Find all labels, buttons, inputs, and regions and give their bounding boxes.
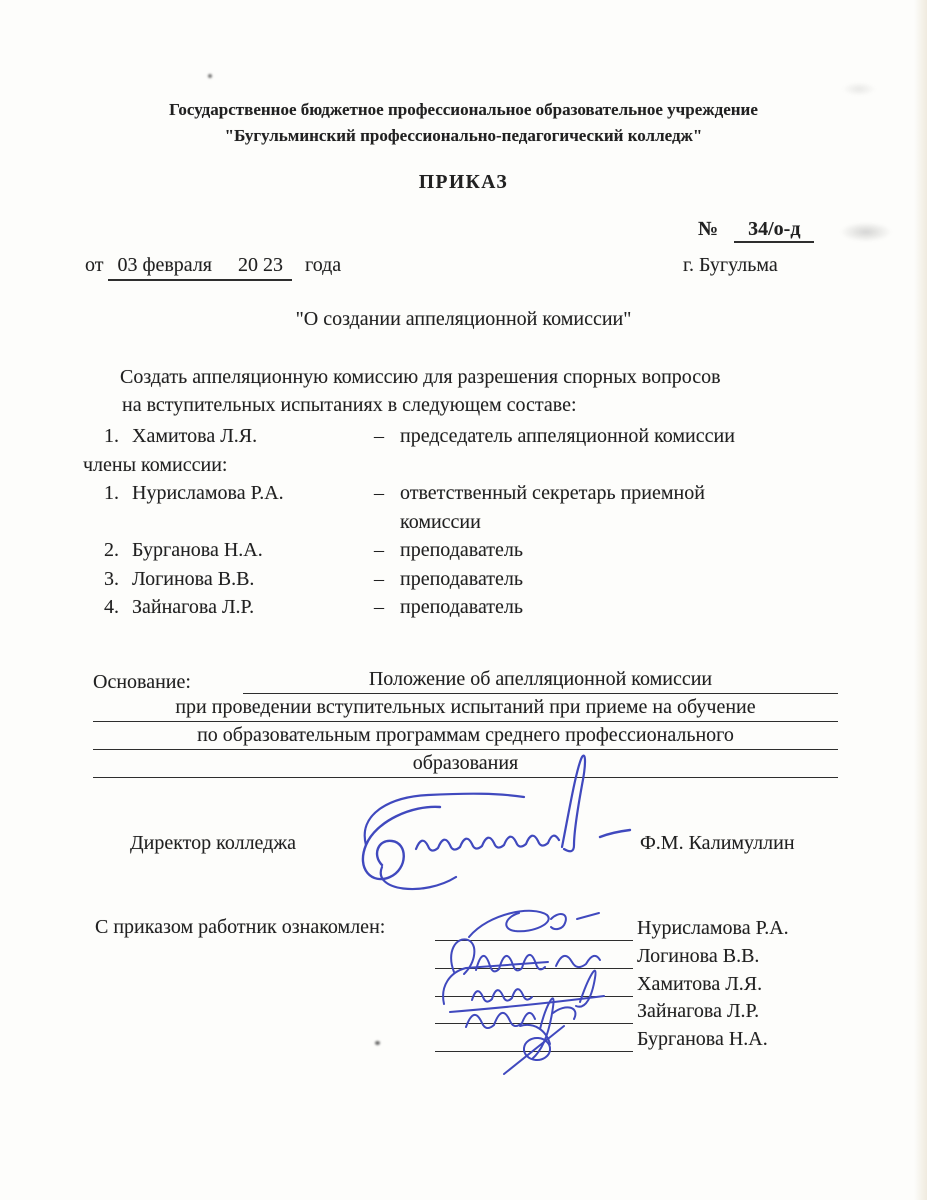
ack-name: Хамитова Л.Я. (637, 973, 762, 996)
subject-line: "О создании аппеляционной комиссии" (0, 308, 927, 331)
intro-line-2: на вступительных испытаниях в следующем … (122, 391, 721, 419)
commission-list: 1. Хамитова Л.Я. – председатель аппеляци… (104, 422, 864, 622)
director-signature (328, 745, 648, 895)
date-row: от 03 февраля20 23 года (85, 254, 341, 281)
members-label: члены комиссии: (83, 451, 864, 480)
acknowledgment-label: С приказом работник ознакомлен: (95, 916, 385, 939)
ack-signature (468, 1014, 598, 1080)
basis-line-1: Положение об апелляционной комиссии (243, 666, 838, 694)
director-name: Ф.М. Калимуллин (640, 832, 795, 855)
member-row: 2. Бурганова Н.А. – преподаватель (104, 536, 864, 565)
doc-type-title: ПРИКАЗ (0, 172, 927, 194)
member-number: 4. (104, 593, 132, 622)
org-name-line-2: "Бугульминский профессионально-педагогич… (0, 126, 927, 146)
member-name: Бурганова Н.А. (132, 536, 374, 565)
date-day-month: 03 февраля (117, 254, 212, 277)
scan-speck (375, 1041, 380, 1045)
member-role: ответственный секретарь приемной комисси… (400, 479, 760, 536)
member-row: 3. Логинова В.В. – преподаватель (104, 565, 864, 594)
member-number: 3. (104, 565, 132, 594)
scan-speck (208, 74, 212, 78)
member-role: преподаватель (400, 565, 760, 594)
scanned-order-document: Государственное бюджетное профессиональн… (0, 0, 927, 1200)
member-name: Логинова В.В. (132, 565, 374, 594)
ack-name: Нурисламова Р.А. (637, 917, 789, 940)
doc-number-value: 34/о-д (734, 218, 814, 243)
scan-smudge (842, 82, 876, 96)
doc-number-label: № (698, 218, 718, 241)
scan-smudge (840, 222, 892, 242)
member-dash: – (374, 565, 400, 594)
date-year: 20 23 (238, 254, 283, 277)
city: г. Бугульма (683, 254, 778, 277)
ack-name: Бурганова Н.А. (637, 1028, 768, 1051)
basis-line-2: при проведении вступительных испытаний п… (93, 694, 838, 722)
chair-name: Хамитова Л.Я. (132, 422, 374, 451)
chair-role: председатель аппеляционной комиссии (400, 422, 760, 451)
basis-row-1: Основание: Положение об апелляционной ко… (93, 667, 838, 694)
member-dash: – (374, 593, 400, 622)
intro-line-1: Создать аппеляционную комиссию для разре… (120, 363, 721, 391)
date-field: 03 февраля20 23 (108, 254, 292, 281)
member-dash: – (374, 479, 400, 508)
intro-paragraph: Создать аппеляционную комиссию для разре… (120, 363, 721, 419)
member-row: 4. Зайнагова Л.Р. – преподаватель (104, 593, 864, 622)
director-title: Директор колледжа (130, 832, 296, 855)
basis-label: Основание: (93, 671, 243, 694)
ack-name: Логинова В.В. (637, 945, 759, 968)
org-name-line-1: Государственное бюджетное профессиональн… (0, 100, 927, 120)
doc-number-row: № 34/о-д (698, 218, 814, 243)
member-role: преподаватель (400, 536, 760, 565)
date-prefix: от (85, 254, 103, 277)
member-number: 1. (104, 479, 132, 508)
member-name: Нурисламова Р.А. (132, 479, 374, 508)
date-suffix: года (305, 254, 341, 277)
chair-dash: – (374, 422, 400, 451)
chair-number: 1. (104, 422, 132, 451)
member-number: 2. (104, 536, 132, 565)
chair-row: 1. Хамитова Л.Я. – председатель аппеляци… (104, 422, 864, 451)
ack-name: Зайнагова Л.Р. (637, 1000, 759, 1023)
member-name: Зайнагова Л.Р. (132, 593, 374, 622)
member-row: 1. Нурисламова Р.А. – ответственный секр… (104, 479, 864, 536)
member-dash: – (374, 536, 400, 565)
member-role: преподаватель (400, 593, 760, 622)
date-gap (212, 254, 238, 277)
